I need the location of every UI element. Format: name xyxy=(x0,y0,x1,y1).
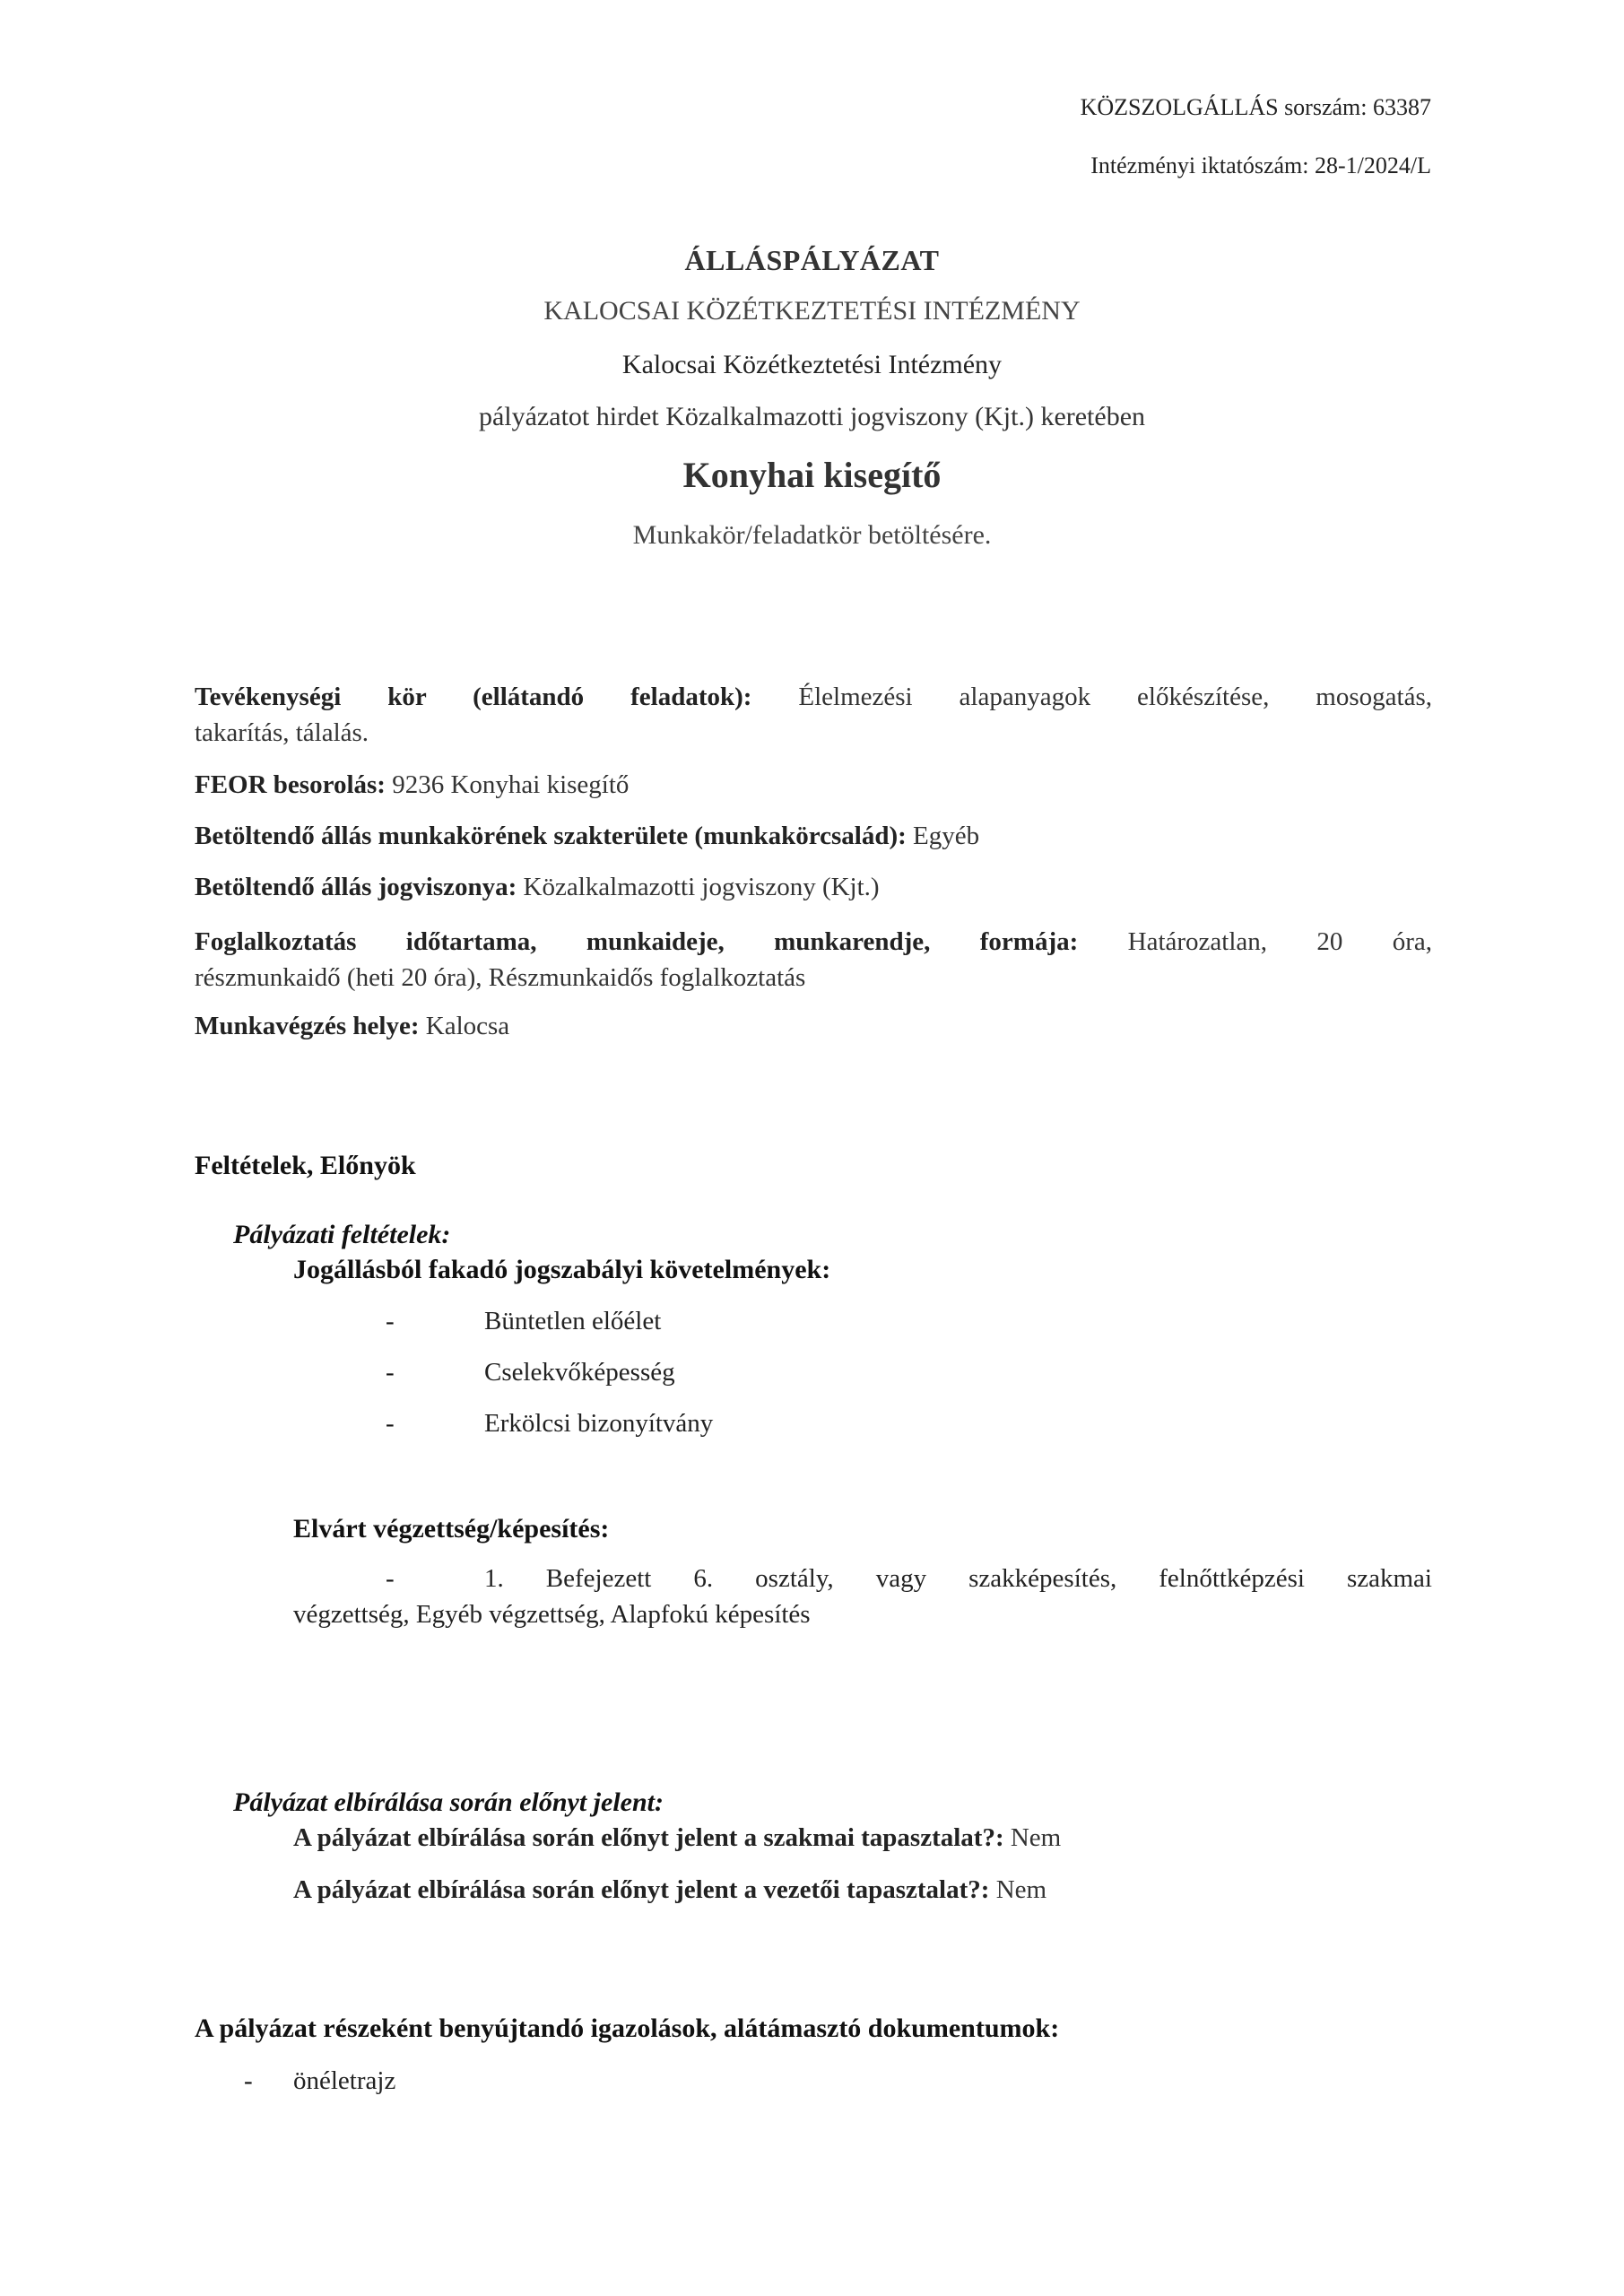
detail-legal-relationship: Betöltendő állás jogviszonya: Közalkalma… xyxy=(195,873,880,902)
detail-value: Határozatlan, 20 óra, xyxy=(1078,927,1432,956)
advantage-label: A pályázat elbírálása során előnyt jelen… xyxy=(293,1875,989,1904)
legal-item-text: Erkölcsi bizonyítvány xyxy=(484,1409,713,1439)
bullet-dash: - xyxy=(386,1409,395,1438)
advantage-value: Nem xyxy=(1004,1823,1062,1852)
detail-value: Egyéb xyxy=(907,822,979,850)
legal-requirements-title: Jogállásból fakadó jogszabályi követelmé… xyxy=(293,1255,830,1285)
detail-value: Kalocsa xyxy=(420,1012,510,1040)
detail-field: Betöltendő állás munkakörének szakterüle… xyxy=(195,822,979,851)
detail-value-cont: takarítás, tálalás. xyxy=(195,718,369,747)
bullet-dash: - xyxy=(386,1358,395,1387)
bullet-dash: - xyxy=(386,1307,395,1335)
detail-workplace: Munkavégzés helye: Kalocsa xyxy=(195,1012,509,1041)
conditions-section-title: Feltételek, Előnyök xyxy=(195,1151,416,1181)
document-title: ÁLLÁSPÁLYÁZAT xyxy=(0,244,1624,277)
detail-label: Betöltendő állás jogviszonya: xyxy=(195,873,517,901)
education-text-line1: 1. Befejezett 6. osztály, vagy szakképes… xyxy=(484,1564,1432,1594)
detail-label: FEOR besorolás: xyxy=(195,770,386,799)
detail-label: Munkavégzés helye: xyxy=(195,1012,420,1040)
legal-item-text: Büntetlen előélet xyxy=(484,1307,661,1336)
detail-label: Foglalkoztatás időtartama, munkaideje, m… xyxy=(195,927,1078,956)
advantage-item: A pályázat elbírálása során előnyt jelen… xyxy=(293,1875,1046,1905)
document-item-text: önéletrajz xyxy=(293,2066,395,2096)
advantage-value: Nem xyxy=(989,1875,1046,1904)
announcement-line: pályázatot hirdet Közalkalmazotti jogvis… xyxy=(0,402,1624,432)
education-item: - xyxy=(386,1564,395,1594)
documents-title: A pályázat részeként benyújtandó igazolá… xyxy=(195,2013,1059,2044)
advantage-item: A pályázat elbírálása során előnyt jelen… xyxy=(293,1823,1061,1853)
legal-item: - xyxy=(386,1409,395,1439)
detail-label: Tevékenységi kör (ellátandó feladatok): xyxy=(195,683,751,711)
registry-number: Intézményi iktatószám: 28-1/2024/L xyxy=(1090,152,1431,179)
detail-feor: FEOR besorolás: 9236 Konyhai kisegítő xyxy=(195,770,629,800)
legal-item-text: Cselekvőképesség xyxy=(484,1358,675,1387)
detail-activities: Tevékenységi kör (ellátandó feladatok): … xyxy=(195,679,1432,751)
job-title: Konyhai kisegítő xyxy=(0,454,1624,496)
detail-value-cont: részmunkaidő (heti 20 óra), Részmunkaidő… xyxy=(195,963,805,992)
requirements-title: Pályázati feltételek: xyxy=(233,1220,450,1250)
institution-name-upper: KALOCSAI KÖZÉTKEZTETÉSI INTÉZMÉNY xyxy=(0,296,1624,326)
advantages-title: Pályázat elbírálása során előnyt jelent: xyxy=(233,1787,664,1818)
education-title: Elvárt végzettség/képesítés: xyxy=(293,1514,609,1544)
role-line: Munkakör/feladatkör betöltésére. xyxy=(0,520,1624,551)
legal-item: - xyxy=(386,1358,395,1387)
detail-value: Közalkalmazotti jogviszony (Kjt.) xyxy=(517,873,879,901)
legal-item: - xyxy=(386,1307,395,1336)
document-item: - xyxy=(244,2066,253,2096)
institution-name: Kalocsai Közétkeztetési Intézmény xyxy=(0,350,1624,380)
detail-label: Betöltendő állás munkakörének szakterüle… xyxy=(195,822,907,850)
document-page: KÖZSZOLGÁLLÁS sorszám: 63387 Intézményi … xyxy=(0,0,1624,2296)
detail-employment: Foglalkoztatás időtartama, munkaideje, m… xyxy=(195,924,1432,996)
bullet-dash: - xyxy=(244,2066,253,2095)
education-text-line2: végzettség, Egyéb végzettség, Alapfokú k… xyxy=(293,1600,811,1630)
advantage-label: A pályázat elbírálása során előnyt jelen… xyxy=(293,1823,1004,1852)
detail-value: 9236 Konyhai kisegítő xyxy=(386,770,629,799)
bullet-dash: - xyxy=(386,1564,395,1593)
serial-number: KÖZSZOLGÁLLÁS sorszám: 63387 xyxy=(1081,94,1431,121)
detail-value: Élelmezési alapanyagok előkészítése, mos… xyxy=(751,683,1432,711)
